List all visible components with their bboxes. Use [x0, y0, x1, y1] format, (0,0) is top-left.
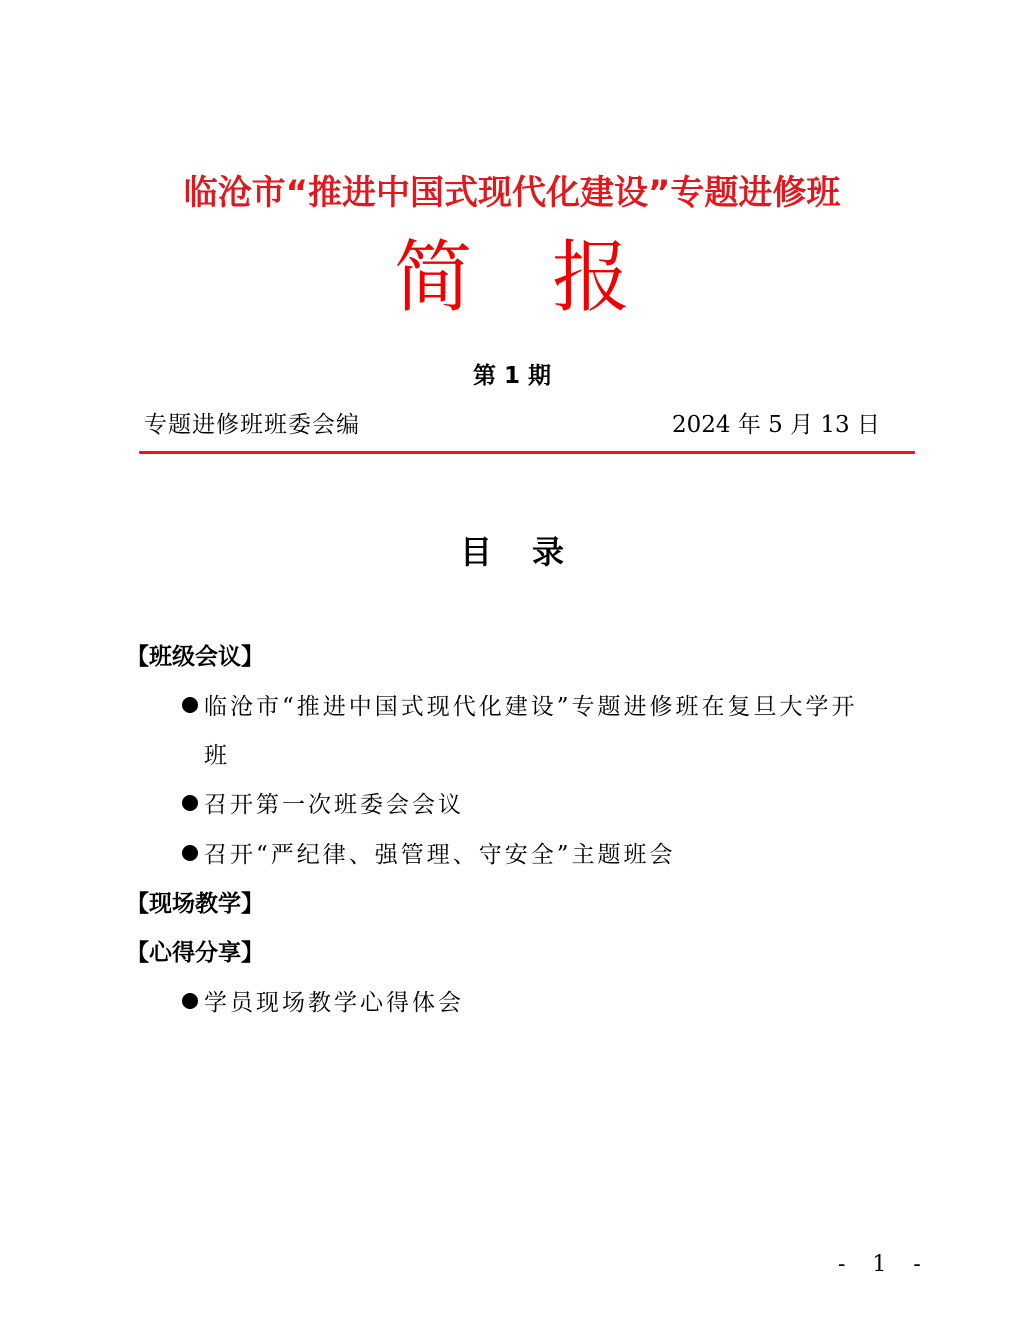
toc-title-char-lu: 录 — [532, 533, 564, 571]
editor-line: 专题进修班班委会编 — [144, 408, 360, 442]
bullet-icon — [182, 795, 198, 811]
toc-item[interactable]: 召开“严纪律、强管理、守安全”主题班会 — [182, 838, 912, 872]
toc-item-label: 学员现场教学心得体会 — [204, 990, 464, 1016]
masthead-char-jian: 简 — [394, 228, 472, 328]
toc-item-label: 临沧市“推进中国式现代化建设”专题进修班在复旦大学开 — [204, 694, 858, 720]
toc-item-label: 召开“严纪律、强管理、守安全”主题班会 — [204, 842, 676, 868]
bullet-icon — [182, 993, 198, 1009]
page-number: - 1 - — [838, 1250, 931, 1280]
masthead-char-bao: 报 — [552, 228, 630, 328]
red-divider-rule — [139, 451, 915, 454]
bullet-icon — [182, 697, 198, 713]
toc-title: 目录 — [0, 528, 1024, 576]
toc-item-label: 召开第一次班委会会议 — [204, 792, 464, 818]
toc-title-char-mu: 目 — [460, 533, 492, 571]
bullet-icon — [182, 845, 198, 861]
toc-section-heading-experience-sharing: 【心得分享】 — [126, 936, 264, 970]
toc-section-heading-field-teaching: 【现场教学】 — [126, 887, 264, 921]
bulletin-series-title: 临沧市“推进中国式现代化建设”专题进修班 — [0, 168, 1024, 218]
toc-item-continuation: 班 — [204, 739, 227, 773]
issue-number: 第 1 期 — [0, 360, 1024, 392]
toc-item[interactable]: 临沧市“推进中国式现代化建设”专题进修班在复旦大学开 — [182, 690, 912, 724]
masthead: 简报 — [0, 228, 1024, 328]
toc-item[interactable]: 召开第一次班委会会议 — [182, 788, 912, 822]
toc-item[interactable]: 学员现场教学心得体会 — [182, 986, 912, 1020]
publish-date: 2024 年 5 月 13 日 — [672, 408, 880, 442]
toc-section-heading-class-meetings: 【班级会议】 — [126, 640, 264, 674]
